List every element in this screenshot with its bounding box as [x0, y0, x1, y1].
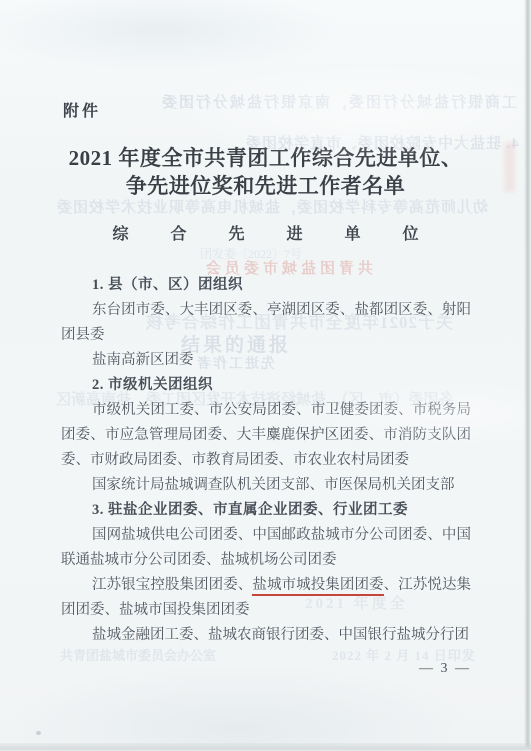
section-heading: 综 合 先 进 单 位 — [0, 221, 531, 244]
subheading-municipal-orgs: 2. 市级机关团组织 — [61, 373, 471, 398]
paragraph-enterprise-list1: 国网盐城供电公司团委、中国邮政盐城市分公司团委、中国联通盐城市分公司团委、盐城机… — [61, 523, 471, 573]
document-title-line2: 争先进位奖和先进工作者名单 — [0, 170, 531, 200]
scan-edge-right — [524, 0, 531, 751]
document-title-line1: 2021 年度全市共青团工作综合先进单位、 — [0, 142, 531, 172]
paragraph-yannan: 盐南高新区团委 — [61, 348, 471, 373]
paragraph-county-list: 东台团市委、大丰团区委、亭湖团区委、盐都团区委、射阳团县委 — [61, 298, 471, 348]
enterprise-list2-before: 江苏银宝控股集团团委、 — [92, 577, 252, 593]
paragraph-enterprise-list2: 江苏银宝控股集团团委、盐城市城投集团团委、江苏悦达集团团委、盐城市国投集团团委 — [61, 573, 471, 623]
subheading-county-orgs: 1. 县（市、区）团组织 — [61, 273, 471, 298]
document-body: 1. 县（市、区）团组织 东台团市委、大丰团区委、亭湖团区委、盐都团区委、射阳团… — [61, 273, 471, 648]
paragraph-finance-list: 盐城金融团工委、盐城农商银行团委、中国银行盐城分行团 — [61, 623, 471, 648]
scan-speck — [36, 731, 41, 735]
bleedthrough-text-1: 委、工商银行盐城分行团委，南京银行盐城分行团委 — [160, 91, 531, 112]
scanned-document-page: 委、工商银行盐城分行团委，南京银行盐城分行团委 4. 驻盐大中专院校团委、市直学… — [0, 0, 531, 751]
subheading-enterprise-orgs: 3. 驻盐企业团委、市直属企业团委、行业团工委 — [61, 498, 471, 523]
scan-edge-bottom — [0, 743, 531, 751]
bleedthrough-doc-number: 团发委〔2022〕7号 — [200, 245, 302, 262]
page-number: — 3 — — [403, 661, 487, 677]
attachment-label: 附件 — [63, 98, 101, 121]
paragraph-municipal-list: 市级机关团工委、市公安局团委、市卫健委团委、市税务局团委、市应急管理局团委、大丰… — [61, 398, 471, 473]
paragraph-branch-list: 国家统计局盐城调查队机关团支部、市医保局机关团支部 — [61, 473, 471, 498]
red-underlined-text: 盐城市城投集团团委 — [252, 577, 383, 596]
